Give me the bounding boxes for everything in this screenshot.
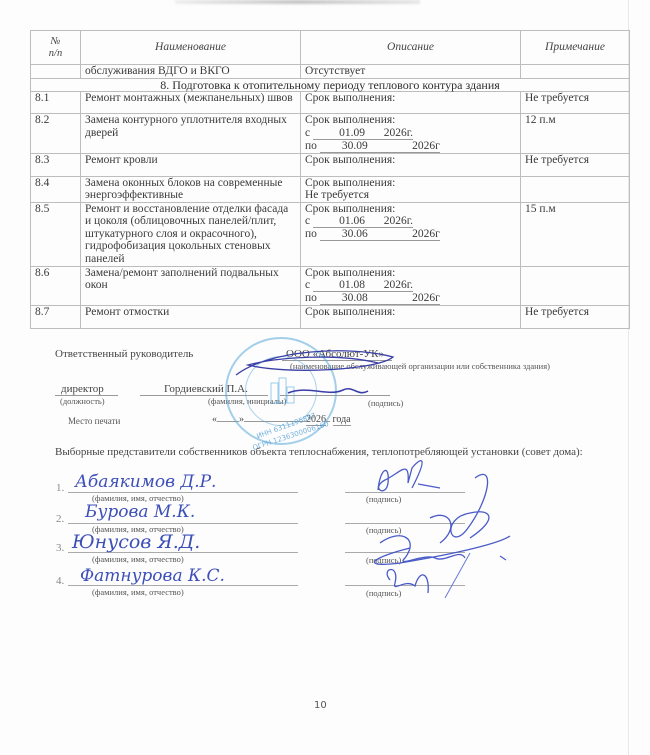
table-row-carryover: обслуживания ВДГО и ВКГО Отсутствует	[31, 65, 630, 79]
deadline-label: Срок выполнения:	[305, 92, 395, 104]
deadline-label: Срок выполнения:	[305, 203, 516, 216]
table-header-row: № п/п Наименование Описание Примечание	[31, 31, 630, 65]
section-title: 8. Подготовка к отопительному периоду те…	[31, 78, 630, 92]
works-table: № п/п Наименование Описание Примечание о…	[30, 30, 630, 329]
deadline-to: по 30.092026г	[305, 140, 516, 153]
cell-description: Срок выполнения:	[301, 153, 521, 176]
cell-note	[521, 266, 630, 306]
cell-name: Ремонт монтажных (межпанельных) швов	[81, 92, 301, 114]
to-date: 30.06	[320, 229, 368, 241]
cell-description: Срок выполнения: с 01.062026г. по 30.062…	[301, 202, 521, 266]
cell-note	[521, 176, 630, 202]
table-row: 8.1 Ремонт монтажных (межпанельных) швов…	[31, 92, 630, 114]
deadline-to: по 30.062026г	[305, 228, 516, 241]
cell-name: Замена оконных блоков на современные эне…	[81, 176, 301, 202]
header-note: Примечание	[521, 31, 630, 65]
table-row: 8.7 Ремонт отмостки Срок выполнения: Не …	[31, 306, 630, 329]
deadline-extra: Не требуется	[305, 189, 516, 202]
responsible-label: Ответственный руководитель	[55, 348, 193, 360]
cell-name: Замена/ремонт заполнений подвальных окон	[81, 266, 301, 306]
cell-note	[521, 65, 630, 79]
section-heading-row: 8. Подготовка к отопительному периоду те…	[31, 78, 630, 92]
page-number: 10	[314, 700, 327, 711]
rep-index: 4.	[56, 575, 64, 587]
deadline-label: Срок выполнения:	[305, 267, 516, 280]
cell-note: 15 п.м	[521, 202, 630, 266]
from-date: 01.09	[313, 128, 365, 140]
cell-name: Ремонт кровли	[81, 153, 301, 176]
cell-num: 8.4	[31, 176, 81, 202]
header-name: Наименование	[81, 31, 301, 65]
rep-index: 3.	[56, 542, 64, 554]
cell-name: обслуживания ВДГО и ВКГО	[81, 65, 301, 79]
table-row: 8.2 Замена контурного уплотнителя входны…	[31, 114, 630, 154]
cell-name: Замена контурного уплотнителя входных дв…	[81, 114, 301, 154]
deadline-label: Срок выполнения:	[305, 114, 516, 127]
to-year: 2026г	[368, 293, 440, 305]
cell-num: 8.3	[31, 153, 81, 176]
scan-smudge	[175, 0, 420, 4]
cell-note: Не требуется	[521, 153, 630, 176]
from-year: 2026г.	[365, 280, 413, 292]
cell-name: Ремонт отмостки	[81, 306, 301, 329]
rep-handwritten-name: Фатнурова К.С.	[80, 566, 225, 586]
rep-index: 2.	[56, 513, 64, 525]
position-caption: (должность)	[60, 396, 105, 406]
deadline-label: Срок выполнения:	[305, 154, 395, 166]
cell-note: 12 п.м	[521, 114, 630, 154]
table-row: 8.5 Ремонт и восстановление отделки фаса…	[31, 202, 630, 266]
manager-signature	[228, 345, 398, 405]
rep-index: 1.	[56, 482, 64, 494]
table-row: 8.6 Замена/ремонт заполнений подвальных …	[31, 266, 630, 306]
deadline-from: с 01.082026г.	[305, 279, 516, 292]
rep-handwritten-name: Абаякимов Д.Р.	[75, 472, 216, 492]
to-date: 30.08	[320, 293, 368, 305]
cell-note: Не требуется	[521, 306, 630, 329]
rep-handwritten-name: Бурова М.К.	[85, 502, 195, 522]
cell-description: Отсутствует	[301, 65, 521, 79]
cell-num: 8.5	[31, 202, 81, 266]
rep-handwritten-name: Юнусов Я.Д.	[72, 531, 200, 553]
cell-note: Не требуется	[521, 92, 630, 114]
deadline-from: с 01.062026г.	[305, 215, 516, 228]
cell-description: Срок выполнения: с 01.082026г. по 30.082…	[301, 266, 521, 306]
seal-label: Место печати	[68, 416, 120, 426]
rep-name-caption: (фамилия, имя, отчество)	[92, 587, 184, 597]
cell-num: 8.2	[31, 114, 81, 154]
from-date: 01.06	[313, 216, 365, 228]
header-description: Описание	[301, 31, 521, 65]
to-year: 2026г	[368, 229, 440, 241]
from-year: 2026г.	[365, 216, 413, 228]
cell-num: 8.1	[31, 92, 81, 114]
cell-num	[31, 65, 81, 79]
position-value: директор	[55, 383, 118, 396]
representatives-intro: Выборные представители собственников объ…	[55, 446, 597, 458]
deadline-to: по 30.082026г	[305, 292, 516, 305]
cell-description: Срок выполнения:	[301, 92, 521, 114]
from-date: 01.08	[313, 280, 365, 292]
cell-num: 8.6	[31, 266, 81, 306]
cell-name: Ремонт и восстановление отделки фасада и…	[81, 202, 301, 266]
table-row: 8.3 Ремонт кровли Срок выполнения: Не тр…	[31, 153, 630, 176]
cell-description: Срок выполнения: Не требуется	[301, 176, 521, 202]
table-row: 8.4 Замена оконных блоков на современные…	[31, 176, 630, 202]
to-year: 2026г	[368, 141, 440, 153]
to-date: 30.09	[320, 141, 368, 153]
representative-signatures	[350, 458, 520, 598]
deadline-from: с 01.092026г.	[305, 127, 516, 140]
cell-description: Срок выполнения: с 01.092026г. по 30.092…	[301, 114, 521, 154]
header-num: № п/п	[31, 31, 81, 65]
cell-num: 8.7	[31, 306, 81, 329]
rep-name-caption: (фамилия, имя, отчество)	[92, 554, 184, 564]
deadline-label: Срок выполнения:	[305, 306, 395, 318]
deadline-label: Срок выполнения:	[305, 177, 516, 190]
cell-description: Срок выполнения:	[301, 306, 521, 329]
from-year: 2026г.	[365, 128, 413, 140]
